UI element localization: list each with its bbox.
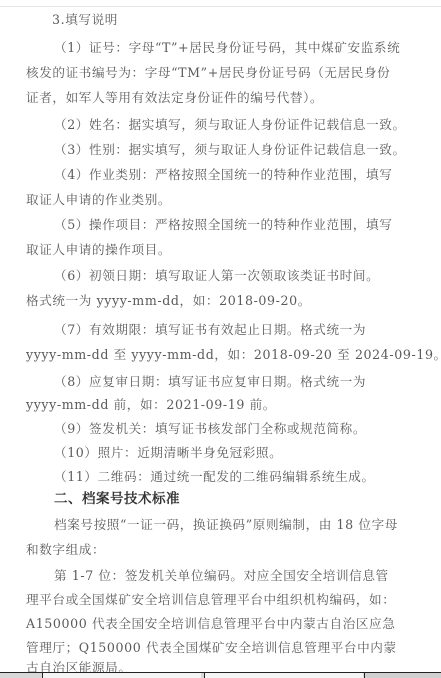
item-6-line-2: 格式统一为 yyyy-mm-dd，如：2018-09-20。 (26, 293, 311, 309)
item-8-line-2: yyyy-mm-dd 前，如：2021-09-19 前。 (26, 397, 276, 413)
taskbar-button-3[interactable] (364, 673, 441, 678)
item-1-line-3: 证者，如军人等用有效法定身份证件的编号代替）。 (26, 90, 323, 106)
item-7-line-2: yyyy-mm-dd 至 yyyy-mm-dd，如：2018-09-20 至 2… (26, 347, 441, 363)
item-1-line-2: 核发的证书编号为：字母“TM”+居民身份证号码（无居民身份 (26, 65, 390, 81)
archive-para-2-line-2: 理平台或全国煤矿安全培训信息管理平台中组织机构编码，如： (26, 592, 395, 608)
item-2: （2）姓名：据实填写，须与取证人身份证件记载信息一致。 (54, 117, 406, 133)
archive-para-2-line-4: 管理厅；Q150000 代表全国煤矿安全培训信息管理平台中内蒙 (26, 640, 397, 656)
item-1-line-1: （1）证号：字母“T”+居民身份证号码，其中煤矿安监系统 (54, 40, 400, 56)
archive-heading: 二、档案号技术标准 (54, 491, 180, 507)
taskbar-button-1[interactable] (42, 673, 201, 678)
archive-para-2-line-1: 第 1-7 位：签发机关单位编码。对应全国安全培训信息管 (54, 568, 389, 584)
item-3: （3）性别：据实填写，须与取证人身份证件记载信息一致。 (54, 142, 406, 158)
item-9: （9）签发机关：填写证书核发部门全称或规范简称。 (54, 421, 366, 437)
item-7-line-1: （7）有效期限：填写证书有效起止日期。格式统一为 (54, 322, 366, 338)
item-5-line-1: （5）操作项目：严格按照全国统一的特种作业范围，填写 (54, 217, 392, 233)
item-8-line-1: （8）应复审日期：填写证书应复审日期。格式统一为 (54, 374, 366, 390)
archive-para-1-line-2: 和数字组成： (26, 542, 105, 558)
item-4-line-2: 取证人申请的作业类别。 (26, 192, 171, 208)
section-title: 3.填写说明 (52, 12, 118, 28)
archive-para-2-line-3: A150000 代表全国安全培训信息管理平台中内蒙古自治区应急 (26, 616, 395, 632)
item-11: （11）二维码：通过统一配发的二维码编辑系统生成。 (54, 469, 375, 485)
item-6-line-1: （6）初领日期：填写取证人第一次领取该类证书时间。 (54, 268, 379, 284)
item-5-line-2: 取证人申请的操作项目。 (26, 242, 171, 258)
archive-para-1-line-1: 档案号按照“一证一码，换证换码”原则编制，由 18 位字母 (54, 517, 398, 533)
item-4-line-1: （4）作业类别：严格按照全国统一的特种作业范围，填写 (54, 167, 392, 183)
item-10: （10）照片：近期清晰半身免冠彩照。 (54, 445, 282, 461)
page-top-border (0, 6, 441, 7)
taskbar-strip (0, 672, 441, 678)
taskbar-button-2[interactable] (204, 673, 363, 678)
